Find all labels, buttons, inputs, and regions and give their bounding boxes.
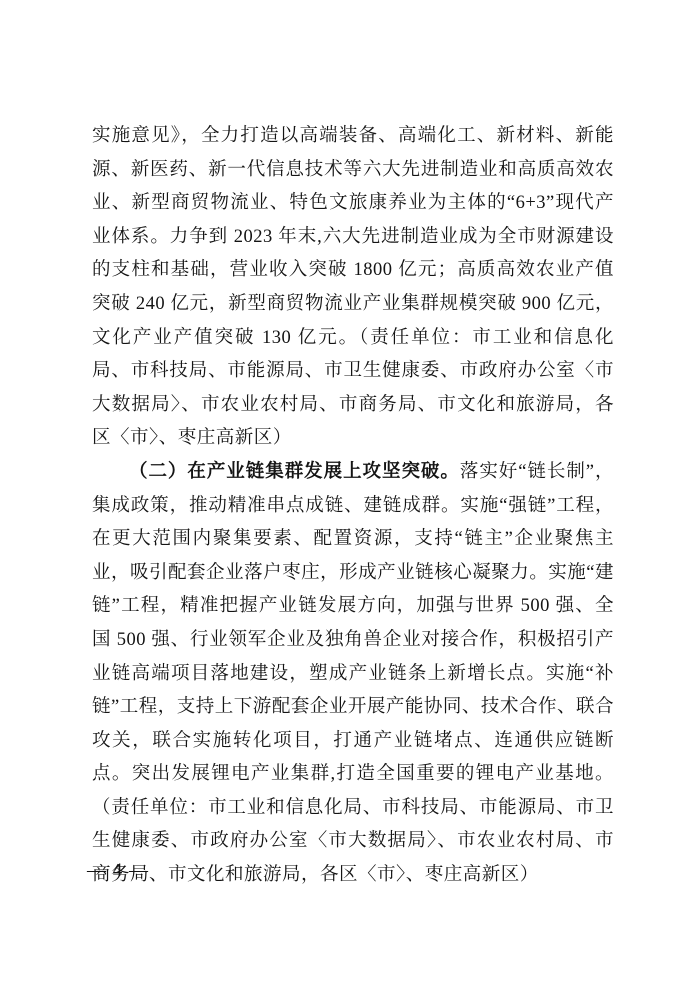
paragraph-body-text: 落实好“链长制”，集成政策，推动精准串点成链、建链成群。实施“强链”工程，在更大…: [92, 462, 614, 784]
paragraph-section-two: （二）在产业链集群发展上攻坚突破。落实好“链长制”，集成政策，推动精准串点成链、…: [92, 456, 614, 893]
responsibility-units-note: （责任单位：市工业和信息化局、市科技局、市能源局、市卫生健康委、市政府办公室〈市…: [92, 798, 614, 885]
page-number: — 4 —: [87, 860, 149, 882]
paragraph-continuation: 实施意见》，全力打造以高端装备、高端化工、新材料、新能源、新医药、新一代信息技术…: [92, 120, 614, 456]
document-page: 实施意见》，全力打造以高端装备、高端化工、新材料、新能源、新医药、新一代信息技术…: [0, 0, 700, 989]
document-body: 实施意见》，全力打造以高端装备、高端化工、新材料、新能源、新医药、新一代信息技术…: [92, 120, 614, 893]
paragraph-body-text: 实施意见》，全力打造以高端装备、高端化工、新材料、新能源、新医药、新一代信息技术…: [92, 126, 614, 348]
section-heading: （二）在产业链集群发展上攻坚突破。: [129, 462, 460, 482]
